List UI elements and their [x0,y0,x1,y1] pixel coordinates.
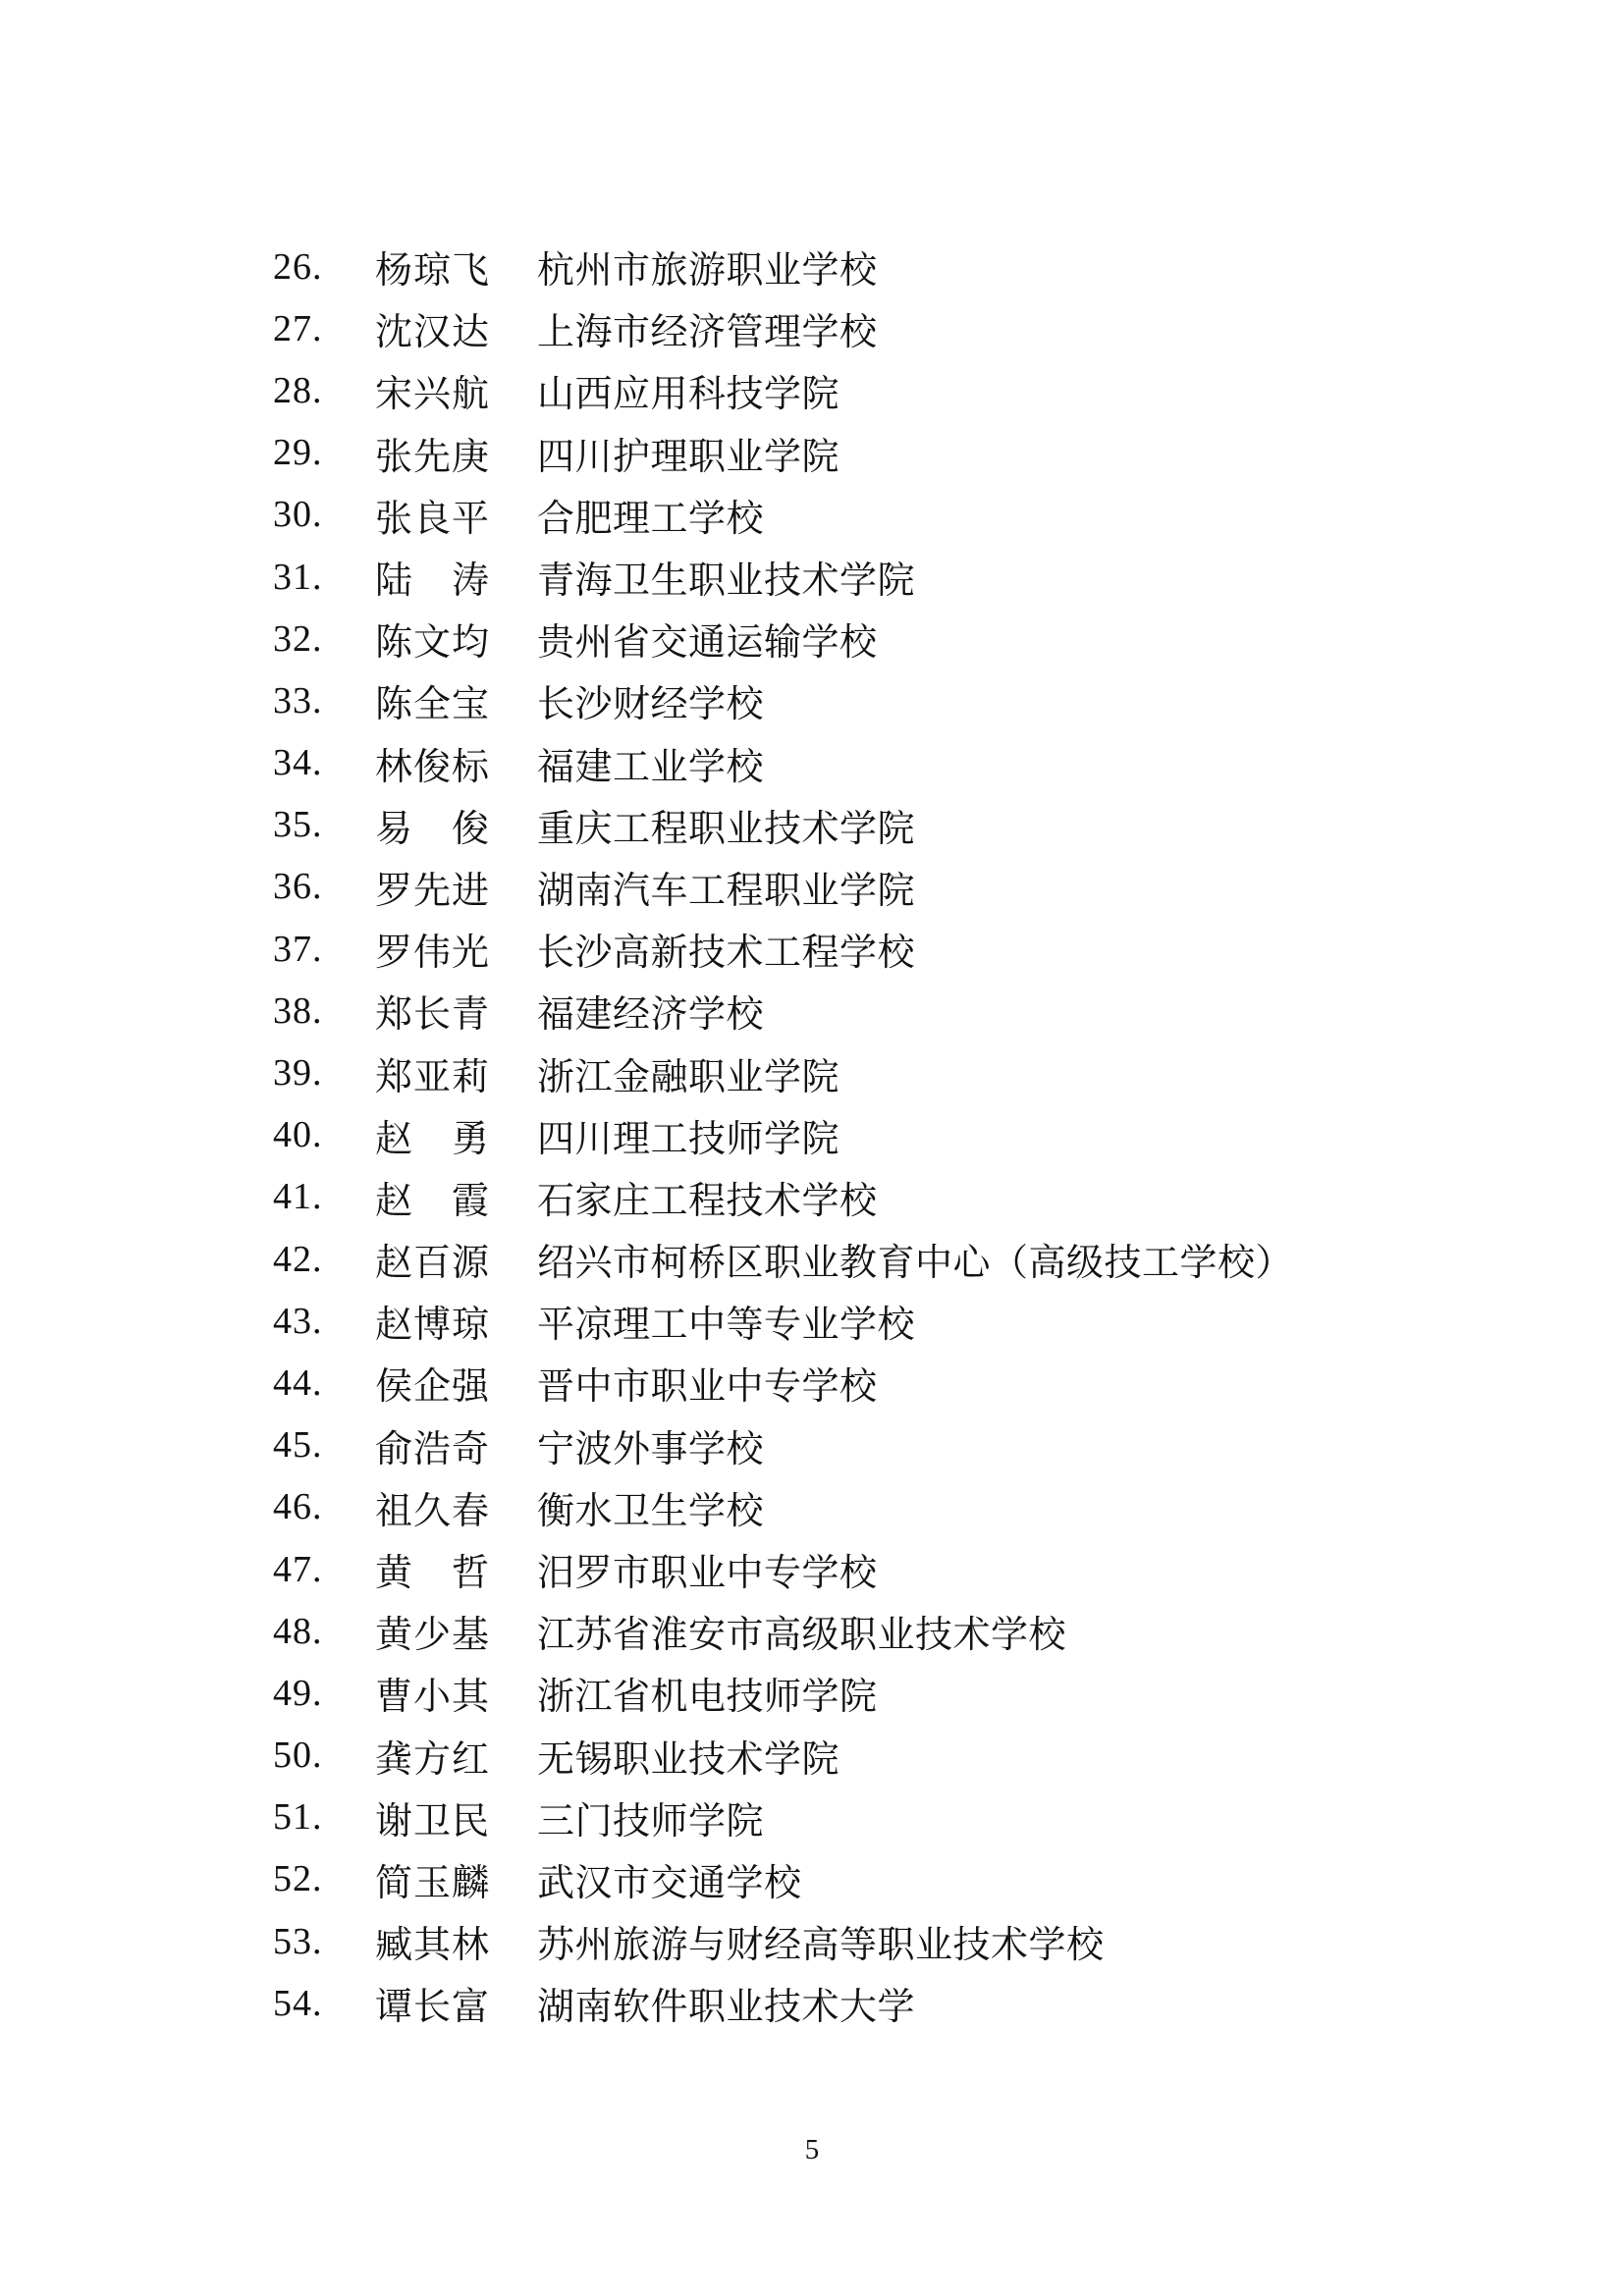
table-row: 54. 谭长富 湖南软件职业技术大学 [273,1972,1293,2034]
row-number: 30. [273,493,375,536]
table-row: 36. 罗先进 湖南汽车工程职业学院 [273,856,1293,918]
row-number: 34. [273,741,375,784]
school-name: 苏州旅游与财经高等职业技术学校 [537,1914,1105,1968]
row-number: 38. [273,989,375,1033]
table-row: 49. 曹小其 浙江省机电技师学院 [273,1662,1293,1724]
row-number: 32. [273,617,375,661]
school-name: 湖南软件职业技术大学 [537,1976,915,2030]
table-row: 53. 臧其林 苏州旅游与财经高等职业技术学校 [273,1910,1293,1972]
row-number: 49. [273,1672,375,1715]
school-name: 石家庄工程技术学校 [537,1170,878,1224]
table-row: 44. 侯企强 晋中市职业中专学校 [273,1352,1293,1414]
table-row: 34. 林俊标 福建工业学校 [273,732,1293,794]
school-name: 宁波外事学校 [537,1418,764,1472]
table-row: 38. 郑长青 福建经济学校 [273,980,1293,1041]
table-row: 41. 赵 霞 石家庄工程技术学校 [273,1166,1293,1228]
school-name: 湖南汽车工程职业学院 [537,860,915,914]
row-number: 53. [273,1920,375,1963]
table-row: 48. 黄少基 江苏省淮安市高级职业技术学校 [273,1600,1293,1662]
roster-list: 26. 杨琼飞 杭州市旅游职业学校 27. 沈汉达 上海市经济管理学校 28. … [273,236,1293,2034]
school-name: 重庆工程职业技术学院 [537,798,915,852]
row-number: 27. [273,307,375,350]
school-name: 杭州市旅游职业学校 [537,240,878,294]
person-name: 陈文均 [375,612,492,666]
person-name: 俞浩奇 [375,1418,492,1472]
table-row: 50. 龚方红 无锡职业技术学院 [273,1725,1293,1787]
person-name: 黄 哲 [375,1542,492,1596]
row-number: 43. [273,1300,375,1343]
row-number: 46. [273,1485,375,1528]
person-name: 侯企强 [375,1356,492,1410]
table-row: 40. 赵 勇 四川理工技师学院 [273,1104,1293,1166]
school-name: 无锡职业技术学院 [537,1729,839,1783]
table-row: 30. 张良平 合肥理工学校 [273,484,1293,546]
row-number: 37. [273,928,375,971]
row-number: 39. [273,1051,375,1095]
person-name: 赵 霞 [375,1170,492,1224]
school-name: 晋中市职业中专学校 [537,1356,878,1410]
school-name: 合肥理工学校 [537,488,764,542]
school-name: 平凉理工中等专业学校 [537,1294,915,1348]
person-name: 祖久春 [375,1480,492,1534]
row-number: 29. [273,431,375,474]
person-name: 黄少基 [375,1604,492,1658]
table-row: 47. 黄 哲 汨罗市职业中专学校 [273,1538,1293,1600]
person-name: 罗先进 [375,860,492,914]
table-row: 43. 赵博琼 平凉理工中等专业学校 [273,1290,1293,1352]
school-name: 福建工业学校 [537,736,764,790]
school-name: 衡水卫生学校 [537,1480,764,1534]
person-name: 龚方红 [375,1729,492,1783]
person-name: 张先庚 [375,426,492,480]
person-name: 罗伟光 [375,922,492,976]
person-name: 简玉麟 [375,1852,492,1906]
table-row: 39. 郑亚莉 浙江金融职业学院 [273,1041,1293,1103]
person-name: 郑亚莉 [375,1046,492,1100]
school-name: 汨罗市职业中专学校 [537,1542,878,1596]
table-row: 46. 祖久春 衡水卫生学校 [273,1476,1293,1538]
table-row: 42. 赵百源 绍兴市柯桥区职业教育中心（高级技工学校） [273,1228,1293,1290]
person-name: 宋兴航 [375,363,492,417]
school-name: 浙江省机电技师学院 [537,1666,878,1720]
school-name: 三门技师学院 [537,1790,764,1844]
person-name: 赵 勇 [375,1108,492,1162]
person-name: 陆 涛 [375,550,492,604]
row-number: 50. [273,1734,375,1777]
table-row: 51. 谢卫民 三门技师学院 [273,1787,1293,1848]
school-name: 武汉市交通学校 [537,1852,802,1906]
row-number: 47. [273,1548,375,1591]
school-name: 上海市经济管理学校 [537,301,878,355]
row-number: 52. [273,1857,375,1900]
person-name: 陈全宝 [375,673,492,727]
school-name: 四川理工技师学院 [537,1108,839,1162]
table-row: 33. 陈全宝 长沙财经学校 [273,669,1293,731]
row-number: 48. [273,1610,375,1653]
table-row: 35. 易 俊 重庆工程职业技术学院 [273,794,1293,856]
document-page: 26. 杨琼飞 杭州市旅游职业学校 27. 沈汉达 上海市经济管理学校 28. … [0,0,1624,2296]
school-name: 福建经济学校 [537,984,764,1038]
school-name: 江苏省淮安市高级职业技术学校 [537,1604,1066,1658]
person-name: 赵百源 [375,1232,492,1286]
row-number: 54. [273,1982,375,2025]
school-name: 长沙财经学校 [537,673,764,727]
school-name: 山西应用科技学院 [537,363,839,417]
person-name: 郑长青 [375,984,492,1038]
row-number: 45. [273,1423,375,1467]
page-number: 5 [0,2134,1624,2166]
table-row: 31. 陆 涛 青海卫生职业技术学院 [273,546,1293,608]
row-number: 26. [273,245,375,289]
person-name: 沈汉达 [375,301,492,355]
row-number: 28. [273,369,375,412]
row-number: 31. [273,556,375,599]
person-name: 张良平 [375,488,492,542]
row-number: 33. [273,679,375,722]
row-number: 51. [273,1795,375,1839]
school-name: 贵州省交通运输学校 [537,612,878,666]
table-row: 32. 陈文均 贵州省交通运输学校 [273,608,1293,669]
table-row: 45. 俞浩奇 宁波外事学校 [273,1415,1293,1476]
row-number: 41. [273,1175,375,1218]
person-name: 赵博琼 [375,1294,492,1348]
person-name: 谭长富 [375,1976,492,2030]
table-row: 27. 沈汉达 上海市经济管理学校 [273,297,1293,359]
school-name: 浙江金融职业学院 [537,1046,839,1100]
school-name: 四川护理职业学院 [537,426,839,480]
row-number: 40. [273,1113,375,1156]
row-number: 42. [273,1238,375,1281]
table-row: 37. 罗伟光 长沙高新技术工程学校 [273,918,1293,980]
person-name: 曹小其 [375,1666,492,1720]
table-row: 26. 杨琼飞 杭州市旅游职业学校 [273,236,1293,297]
table-row: 28. 宋兴航 山西应用科技学院 [273,359,1293,421]
person-name: 谢卫民 [375,1790,492,1844]
school-name: 长沙高新技术工程学校 [537,922,915,976]
row-number: 35. [273,803,375,846]
table-row: 52. 简玉麟 武汉市交通学校 [273,1848,1293,1910]
row-number: 36. [273,865,375,908]
person-name: 林俊标 [375,736,492,790]
school-name: 青海卫生职业技术学院 [537,550,915,604]
person-name: 易 俊 [375,798,492,852]
person-name: 杨琼飞 [375,240,492,294]
row-number: 44. [273,1362,375,1405]
school-name: 绍兴市柯桥区职业教育中心（高级技工学校） [537,1232,1293,1286]
table-row: 29. 张先庚 四川护理职业学院 [273,422,1293,484]
person-name: 臧其林 [375,1914,492,1968]
